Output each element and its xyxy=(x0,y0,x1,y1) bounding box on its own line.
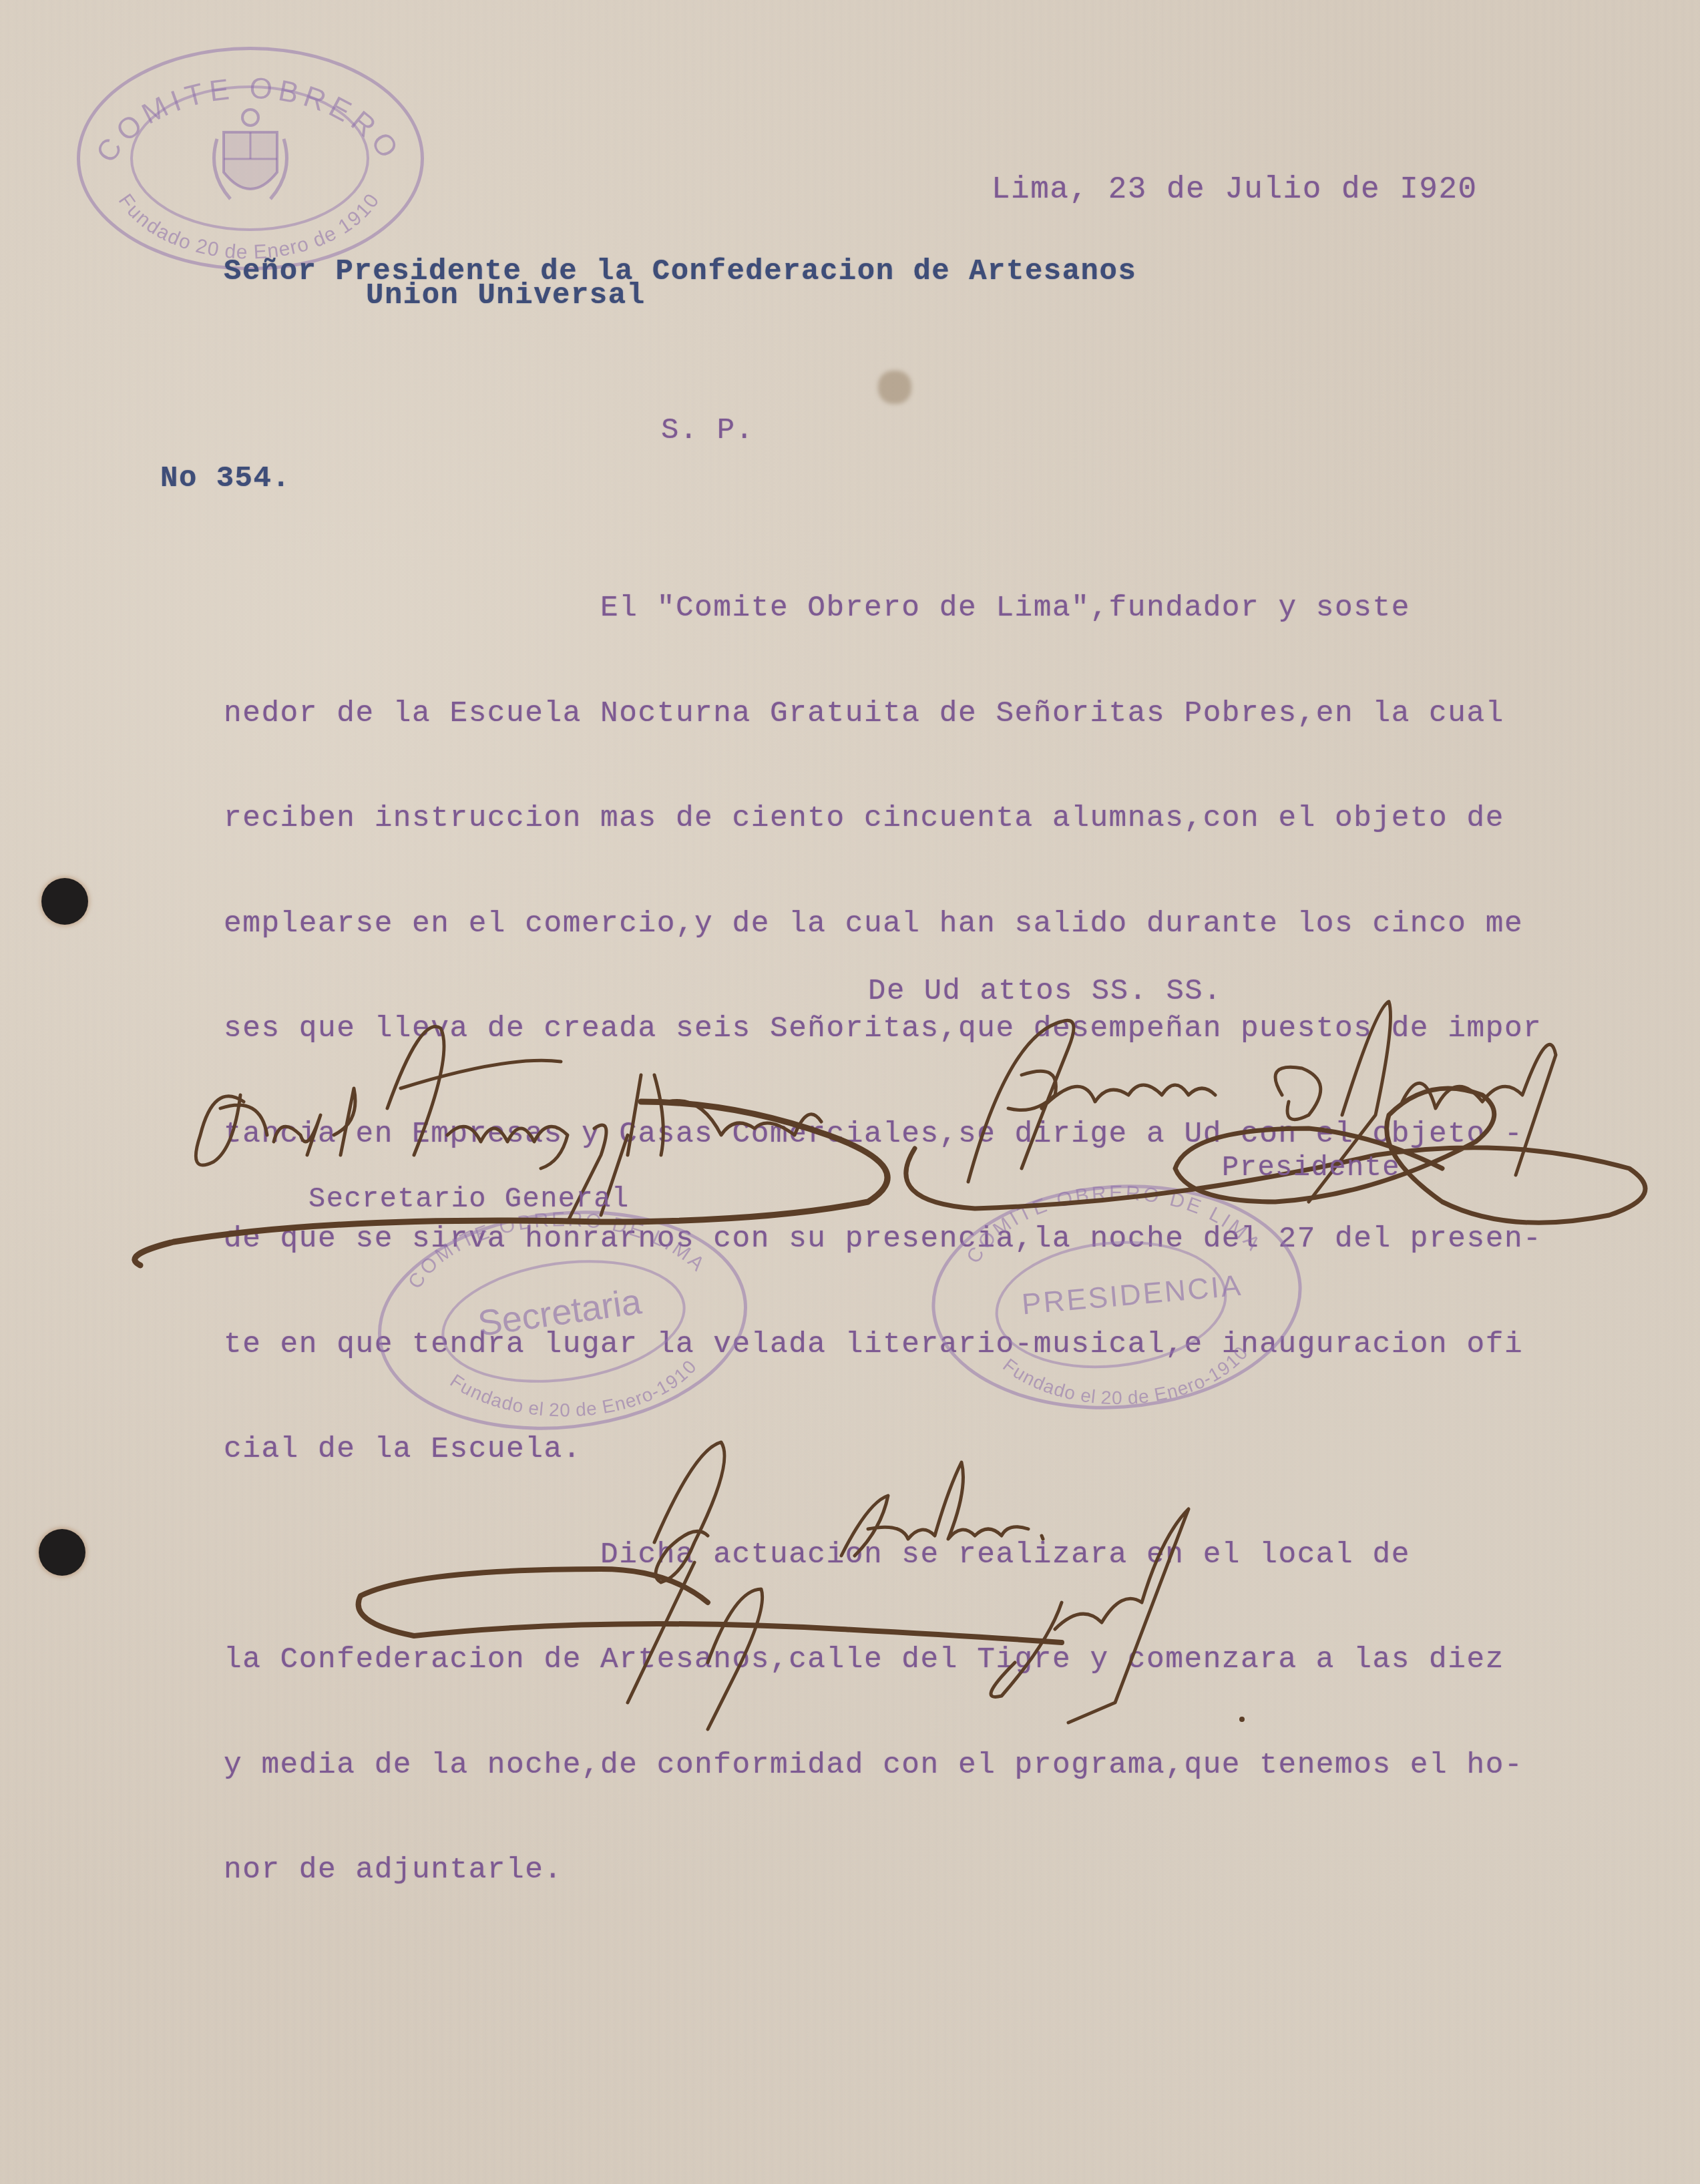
body-line: El "Comite Obrero de Lima",fundador y so… xyxy=(224,591,1542,626)
body-line: reciben instruccion mas de ciento cincue… xyxy=(224,801,1542,837)
paper-stain xyxy=(878,371,911,404)
addressee-line-1: Señor Presidente de la Confederacion de … xyxy=(224,255,1136,288)
body-line: nor de adjuntarle. xyxy=(224,1853,1542,1888)
coat-of-arms-icon xyxy=(204,105,297,212)
reference-number: No 354. xyxy=(160,462,290,495)
svg-text:Fundado el 20 de Enero-1910: Fundado el 20 de Enero-1910 xyxy=(447,1356,700,1420)
signature-secretario xyxy=(134,1002,921,1269)
body-line: nedor de la Escuela Nocturna Gratuita de… xyxy=(224,696,1542,732)
signatory-title: Secretario General xyxy=(308,1183,630,1215)
svg-text:Fundado el 20 de Enero-1910: Fundado el 20 de Enero-1910 xyxy=(999,1343,1251,1408)
punch-hole xyxy=(39,1529,85,1576)
body-line: emplearse en el comercio,y de la cual ha… xyxy=(224,907,1542,942)
body-line: y media de la noche,de conformidad con e… xyxy=(224,1748,1542,1783)
salutation: S. P. xyxy=(661,414,755,447)
annotation-al-archivo xyxy=(334,1422,1416,1736)
punch-hole xyxy=(41,878,88,925)
addressee-line-2: Union Universal xyxy=(366,279,646,312)
letterhead-stamp: COMITE OBRERO Fundado 20 de Enero de 191… xyxy=(77,47,424,270)
signature-presidente xyxy=(908,981,1696,1262)
signatory-title: Presidente xyxy=(1222,1152,1400,1184)
date-line: Lima, 23 de Julio de I920 xyxy=(992,172,1478,207)
